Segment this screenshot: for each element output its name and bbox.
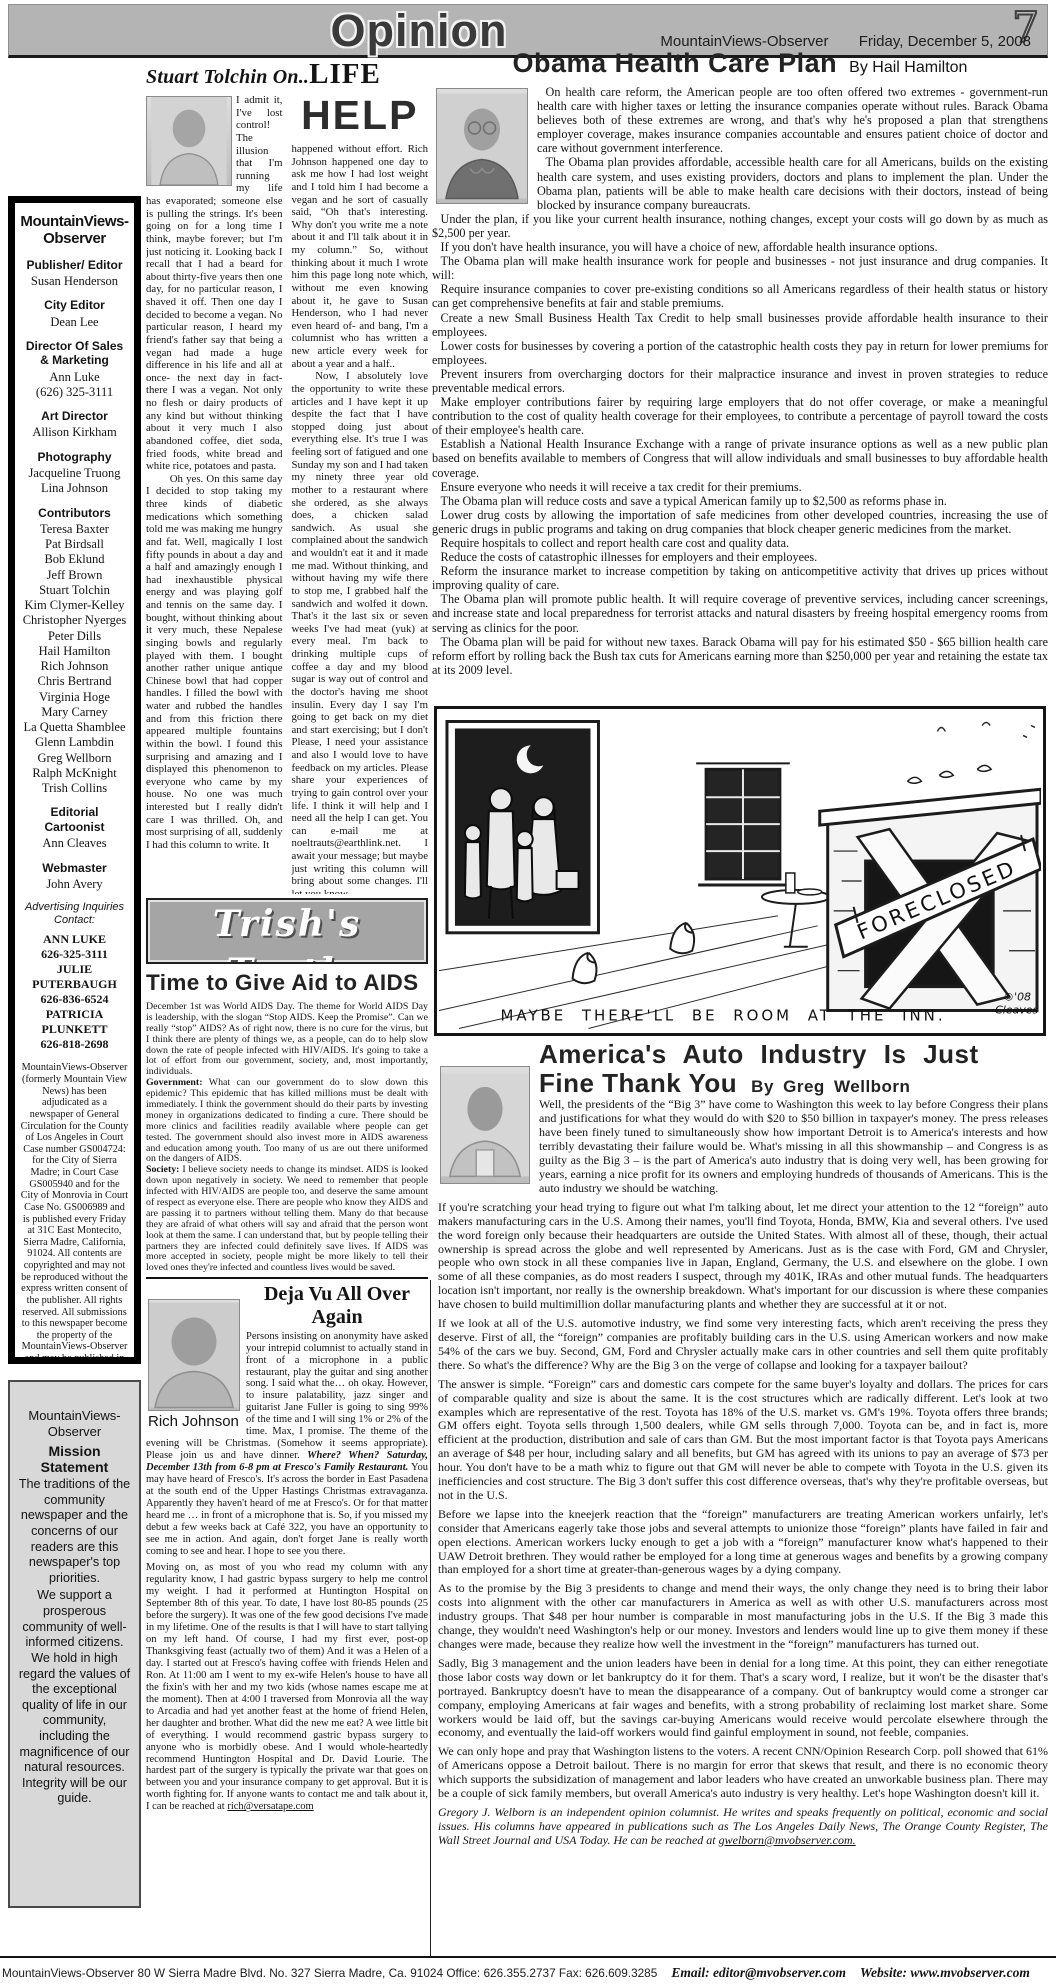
aids-headline: Time to Give Aid to AIDS xyxy=(146,970,428,996)
staff-names: John Avery xyxy=(20,877,129,892)
auto-author-bio: Gregory J. Welborn is an independent opi… xyxy=(438,1806,1048,1848)
cartoon-credit-2: Cleaves xyxy=(995,1004,1038,1017)
rich-johnson-photobox: Rich Johnson xyxy=(148,1299,240,1430)
mission-paragraph: We support a prosperous community of wel… xyxy=(18,1588,131,1807)
staff-role: City Editor xyxy=(20,298,129,312)
portrait-silhouette-icon xyxy=(147,97,231,185)
aids-intro-paragraph: December 1st was World AIDS Day. The the… xyxy=(146,1002,428,1078)
staff-names: Jacqueline Truong Lina Johnson xyxy=(20,466,129,497)
mission-paragraph: The traditions of the community newspape… xyxy=(18,1477,131,1586)
window xyxy=(696,763,790,885)
aids-section-lead: Society: xyxy=(146,1164,179,1175)
paragraph: Create a new Small Business Health Tax C… xyxy=(432,311,1048,339)
paragraph: The Obama plan will be paid for without … xyxy=(432,635,1048,677)
paragraph: Reduce the costs of catastrophic illness… xyxy=(432,550,1048,564)
aids-section-paragraph: Society: I believe society needs to chan… xyxy=(146,1165,428,1274)
aids-section-paragraph: Government: What can our government do t… xyxy=(146,1078,428,1165)
staff-role: Publisher/ Editor xyxy=(20,258,129,272)
staff-role: Contributors xyxy=(20,506,129,520)
cartoon-credit-1: ©'08 xyxy=(1003,991,1031,1004)
paragraph: Ensure everyone who needs it will receiv… xyxy=(432,480,1048,494)
paragraph: Oh yes. On this same day I decided to st… xyxy=(146,473,283,852)
staff-role: Editorial Cartoonist xyxy=(20,805,129,834)
paragraph: happened without effort. Rich Johnson ha… xyxy=(292,143,429,370)
stuart-tolchin-photo xyxy=(146,96,232,186)
article-auto-industry: America's Auto Industry Is Just Fine Tha… xyxy=(438,1040,1048,1952)
staff-role: Photography xyxy=(20,450,129,464)
dejavu-paragraph-2: Moving on, as most of you who read my co… xyxy=(146,1562,428,1813)
dejavu-p2-text: Moving on, as most of you who read my co… xyxy=(146,1562,428,1812)
paragraph: Reform the insurance market to increase … xyxy=(432,564,1048,592)
advertising-contacts: ANN LUKE 626-325-3111 JULIE PUTERBAUGH 6… xyxy=(20,932,129,1052)
paragraph: As to the promise by the Big 3 president… xyxy=(438,1582,1048,1652)
staff-names: Ann Cleaves xyxy=(20,836,129,851)
rich-johnson-photo xyxy=(148,1299,240,1411)
paragraph: Lower costs for businesses by covering a… xyxy=(432,339,1048,367)
paragraph: The Obama plan will make health insuranc… xyxy=(432,254,1048,282)
staff-names: Ann Luke (626) 325-3111 xyxy=(20,370,129,401)
staff-group: Publisher/ Editor Susan Henderson xyxy=(20,258,129,290)
paragraph: If you don't have health insurance, you … xyxy=(432,240,1048,254)
staff-list: Publisher/ Editor Susan Henderson City E… xyxy=(20,258,129,893)
horizontal-divider xyxy=(146,1277,428,1279)
greg-wellborn-photo xyxy=(440,1066,530,1184)
paragraph: Require insurance companies to cover pre… xyxy=(432,282,1048,310)
article-tolchin-life: Stuart Tolchin On..LIFE I admit it, I've… xyxy=(146,58,428,894)
staff-group: Editorial Cartoonist Ann Cleaves xyxy=(20,805,129,851)
paragraph: Under the plan, if you like your current… xyxy=(432,212,1048,240)
tolchin-column-1: I admit it, I've lost control! The illus… xyxy=(146,94,283,894)
obama-headline-row: Obama Health Care Plan By Hail Hamilton xyxy=(432,48,1048,79)
masthead-sidebar: MountainViews- Observer Publisher/ Edito… xyxy=(8,196,141,1364)
vertical-divider xyxy=(430,1280,431,1956)
tolchin-kicker-topic: LIFE xyxy=(309,58,381,90)
paragraph: Lower drug costs by allowing the importa… xyxy=(432,508,1048,536)
obama-article-body: On health care reform, the American peop… xyxy=(432,85,1048,697)
tolchin-kicker-row: Stuart Tolchin On..LIFE xyxy=(146,58,428,91)
mission-text: The traditions of the community newspape… xyxy=(18,1477,131,1807)
paragraph: The answer is simple. “Foreign” cars and… xyxy=(438,1378,1048,1503)
auto-bio-email-link[interactable]: gwelborn@mvobserver.com. xyxy=(719,1833,856,1847)
editorial-cartoon: FORECLOSED MAYBE THERE'LL BE ROOM AT THE… xyxy=(434,706,1046,1036)
staff-role: Art Director xyxy=(20,409,129,423)
mission-paper-name: MountainViews- Observer xyxy=(18,1408,131,1439)
trishs-truth-title: Trish's Truth xyxy=(148,900,426,964)
tolchin-body: I admit it, I've lost control! The illus… xyxy=(146,94,428,894)
paragraph: Require hospitals to collect and report … xyxy=(432,536,1048,550)
cartoon-caption: MAYBE THERE'LL BE ROOM AT THE INN. xyxy=(501,1007,946,1025)
tolchin-col1-paragraphs: I admit it, I've lost control! The illus… xyxy=(146,94,283,852)
auto-byline: By Greg Wellborn xyxy=(751,1077,910,1096)
aids-article-body: December 1st was World AIDS Day. The the… xyxy=(146,1002,428,1274)
advertising-inquiries-label: Advertising Inquiries Contact: xyxy=(20,901,129,926)
hail-hamilton-photo xyxy=(436,88,528,204)
paragraph: Prevent insurers from overcharging docto… xyxy=(432,367,1048,395)
tolchin-kicker: Stuart Tolchin On.. xyxy=(146,66,309,88)
staff-group: City Editor Dean Lee xyxy=(20,298,129,330)
tolchin-headline: HELP xyxy=(292,94,429,137)
newspaper-opinion-page: Opinion 7 MountainViews-Observer Friday,… xyxy=(0,0,1056,1988)
paragraph: Before we lapse into the kneejerk reacti… xyxy=(438,1508,1048,1578)
aids-section-lead: Government: xyxy=(146,1077,203,1088)
staff-group: Photography Jacqueline Truong Lina Johns… xyxy=(20,450,129,497)
portrait-silhouette-icon xyxy=(149,1300,239,1410)
legal-text-1: MountainViews-Observer (formerly Mountai… xyxy=(21,1062,129,1364)
article-obama-health-care: Obama Health Care Plan By Hail Hamilton … xyxy=(432,48,1048,697)
obama-byline: By Hail Hamilton xyxy=(849,59,967,76)
doorway xyxy=(447,721,598,932)
footer-email[interactable]: Email: editor@mvobserver.com xyxy=(671,1965,846,1980)
staff-group: Director Of Sales & Marketing Ann Luke (… xyxy=(20,339,129,400)
footer-address: MountainViews-Observer 80 W Sierra Madre… xyxy=(2,1966,657,1980)
portrait-silhouette-icon xyxy=(441,1067,529,1183)
paragraph: Make employer contributions fairer by re… xyxy=(432,395,1048,437)
tolchin-column-2: HELP happened without effort. Rich Johns… xyxy=(292,94,429,894)
aids-section-text: What can our government do to slow down … xyxy=(146,1077,428,1164)
paragraph: The Obama plan will promote public healt… xyxy=(432,592,1048,634)
paragraph: Sadly, Big 3 management and the union le… xyxy=(438,1657,1048,1740)
paragraph: If we look at all of the U.S. automotive… xyxy=(438,1317,1048,1373)
mission-title: Mission Statement xyxy=(18,1443,131,1475)
staff-role: Director Of Sales & Marketing xyxy=(20,339,129,368)
paragraph: We can only hope and pray that Washingto… xyxy=(438,1745,1048,1801)
staff-names: Teresa Baxter Pat Birdsall Bob Eklund Je… xyxy=(20,522,129,797)
aids-sections: Government: What can our government do t… xyxy=(146,1078,428,1274)
paragraph: Establish a National Health Insurance Ex… xyxy=(432,437,1048,479)
foreclosure-cartoon-drawing: FORECLOSED MAYBE THERE'LL BE ROOM AT THE… xyxy=(439,711,1041,1031)
legal-notice: MountainViews-Observer (formerly Mountai… xyxy=(20,1062,129,1364)
masthead-paper-name: MountainViews- Observer xyxy=(20,213,129,248)
trishs-truth-banner: Trish's Truth by Trish Collins xyxy=(146,898,428,964)
staff-group: Art Director Allison Kirkham xyxy=(20,409,129,441)
staff-names: Susan Henderson xyxy=(20,274,129,289)
staff-group: Webmaster John Avery xyxy=(20,861,129,893)
footer-website[interactable]: Website: www.mvobserver.com xyxy=(860,1965,1030,1980)
dejavu-email-link[interactable]: rich@versatape.com xyxy=(227,1801,313,1812)
aids-section-text: I believe society needs to change its mi… xyxy=(146,1164,428,1273)
paragraph: Now, I absolutely love the opportunity t… xyxy=(292,370,429,894)
auto-headline-line2-text: Fine Thank You xyxy=(539,1068,737,1098)
staff-names: Dean Lee xyxy=(20,315,129,330)
mission-statement-box: MountainViews- Observer Mission Statemen… xyxy=(8,1380,141,1908)
staff-group: Contributors Teresa Baxter Pat Birdsall … xyxy=(20,506,129,797)
portrait-silhouette-icon xyxy=(437,89,527,203)
staff-role: Webmaster xyxy=(20,861,129,875)
page-footer: MountainViews-Observer 80 W Sierra Madre… xyxy=(0,1956,1056,1982)
paragraph: The Obama plan will reduce costs and sav… xyxy=(432,494,1048,508)
staff-names: Allison Kirkham xyxy=(20,425,129,440)
article-deja-vu: Rich Johnson Deja Vu All Over Again Pers… xyxy=(146,1283,428,1956)
paragraph: If you're scratching your head trying to… xyxy=(438,1201,1048,1312)
rich-johnson-caption: Rich Johnson xyxy=(148,1413,240,1430)
dejavu-p1-text-2: You may have heard of Fresco's. It's acr… xyxy=(146,1462,428,1557)
aids-section-lead: Individual: xyxy=(146,1273,193,1274)
tolchin-col2-paragraphs: happened without effort. Rich Johnson ha… xyxy=(292,143,429,894)
obama-headline: Obama Health Care Plan xyxy=(513,48,838,78)
auto-headline-line1: America's Auto Industry Is Just xyxy=(438,1040,1048,1069)
auto-paragraphs: Well, the presidents of the “Big 3” have… xyxy=(438,1098,1048,1801)
